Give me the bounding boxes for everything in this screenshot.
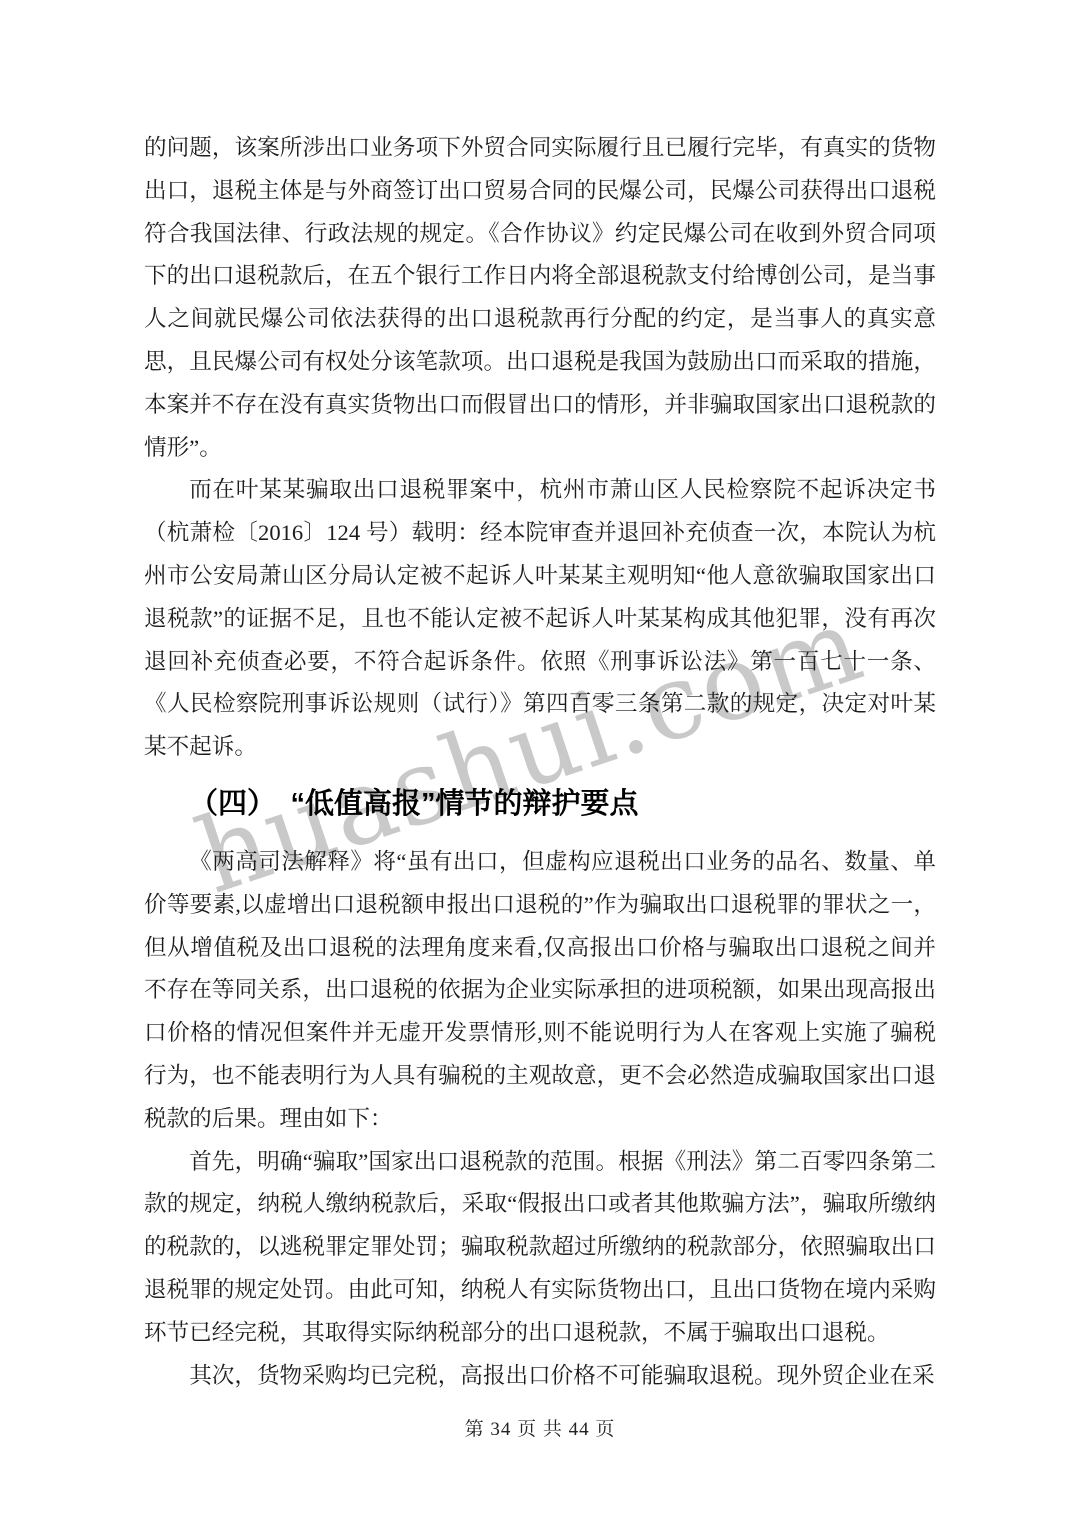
paragraph-continuation: 的问题，该案所涉出口业务项下外贸合同实际履行且已履行完毕，有真实的货物出口，退税… (144, 127, 936, 469)
paragraph-judicial-interpretation: 《两高司法解释》将“虽有出口，但虚构应退税出口业务的品名、数量、单价等要素,以虚… (144, 841, 936, 1141)
section-heading: （四） “低值高报”情节的辩护要点 (144, 782, 936, 826)
document-body: 的问题，该案所涉出口业务项下外贸合同实际履行且已履行完毕，有真实的货物出口，退税… (144, 127, 936, 1397)
paragraph-first-point: 首先，明确“骗取”国家出口退税款的范围。根据《刑法》第二百零四条第二款的规定，纳… (144, 1141, 936, 1355)
document-page: huashui.com 的问题，该案所涉出口业务项下外贸合同实际履行且已履行完毕… (0, 0, 1080, 1529)
page-number: 第 34 页 共 44 页 (0, 1414, 1080, 1441)
paragraph-second-point: 其次，货物采购均已完税，高报出口价格不可能骗取退税。现外贸企业在采 (144, 1355, 936, 1398)
paragraph-case-ye: 而在叶某某骗取出口退税罪案中，杭州市萧山区人民检察院不起诉决定书（杭萧检〔201… (144, 469, 936, 769)
